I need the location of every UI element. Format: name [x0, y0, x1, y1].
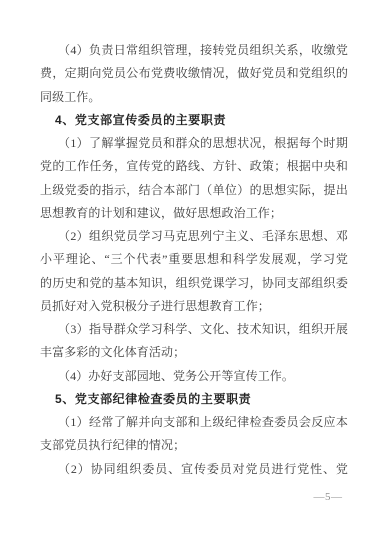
text-line: （2）协同组织委员、宣传委员对党员进行党性、党风、: [40, 458, 348, 481]
text-line: 上级党委的指示，结合本部门（单位）的思想实际，提出: [40, 179, 348, 202]
text-line: （1）了解掌握党员和群众的思想状况，根据每个时期: [40, 132, 348, 155]
text-line: 同级工作。: [40, 86, 348, 109]
text-line: 4、党支部宣传委员的主要职责: [40, 109, 348, 132]
text-line: 5、党支部纪律检查委员的主要职责: [40, 388, 348, 411]
paragraph: （2）协同组织委员、宣传委员对党员进行党性、党风、: [40, 458, 348, 481]
text-line: 思想教育的计划和建议，做好思想政治工作；: [40, 202, 348, 225]
text-line: 支部党员执行纪律的情况；: [40, 434, 348, 457]
text-line: 丰富多彩的文化体育活动；: [40, 341, 348, 364]
document-page: （4）负责日常组织管理，接转党员组织关系，收缴党费，定期向党员公布党费收缴情况，…: [0, 0, 387, 548]
text-line: 小平理论、“三个代表”重要思想和科学发展观，学习党: [40, 248, 348, 271]
text-line: （3）指导群众学习科学、文化、技术知识，组织开展: [40, 318, 348, 341]
text-line: 费，定期向党员公布党费收缴情况，做好党员和党组织的: [40, 62, 348, 85]
text-line: 员抓好对入党积极分子进行思想教育工作；: [40, 295, 348, 318]
text-line: （2）组织党员学习马克思列宁主义、毛泽东思想、邓: [40, 225, 348, 248]
text-line: （4）负责日常组织管理，接转党员组织关系，收缴党: [40, 39, 348, 62]
document-body: （4）负责日常组织管理，接转党员组织关系，收缴党费，定期向党员公布党费收缴情况，…: [40, 39, 348, 481]
page-number: —5—: [298, 490, 358, 504]
paragraph: （4）负责日常组织管理，接转党员组织关系，收缴党费，定期向党员公布党费收缴情况，…: [40, 39, 348, 109]
text-line: （4）办好支部园地、党务公开等宣传工作。: [40, 365, 348, 388]
section-heading: 5、党支部纪律检查委员的主要职责: [40, 388, 348, 411]
paragraph: （3）指导群众学习科学、文化、技术知识，组织开展丰富多彩的文化体育活动；: [40, 318, 348, 365]
paragraph: （4）办好支部园地、党务公开等宣传工作。: [40, 365, 348, 388]
paragraph: （2）组织党员学习马克思列宁主义、毛泽东思想、邓小平理论、“三个代表”重要思想和…: [40, 225, 348, 318]
text-line: 的历史和党的基本知识，组织党课学习，协同支部组织委: [40, 272, 348, 295]
paragraph: （1）经常了解并向支部和上级纪律检查委员会反应本支部党员执行纪律的情况；: [40, 411, 348, 458]
paragraph: （1）了解掌握党员和群众的思想状况，根据每个时期党的工作任务，宣传党的路线、方针…: [40, 132, 348, 225]
text-line: 党的工作任务，宣传党的路线、方针、政策；根据中央和: [40, 155, 348, 178]
text-line: （1）经常了解并向支部和上级纪律检查委员会反应本: [40, 411, 348, 434]
section-heading: 4、党支部宣传委员的主要职责: [40, 109, 348, 132]
